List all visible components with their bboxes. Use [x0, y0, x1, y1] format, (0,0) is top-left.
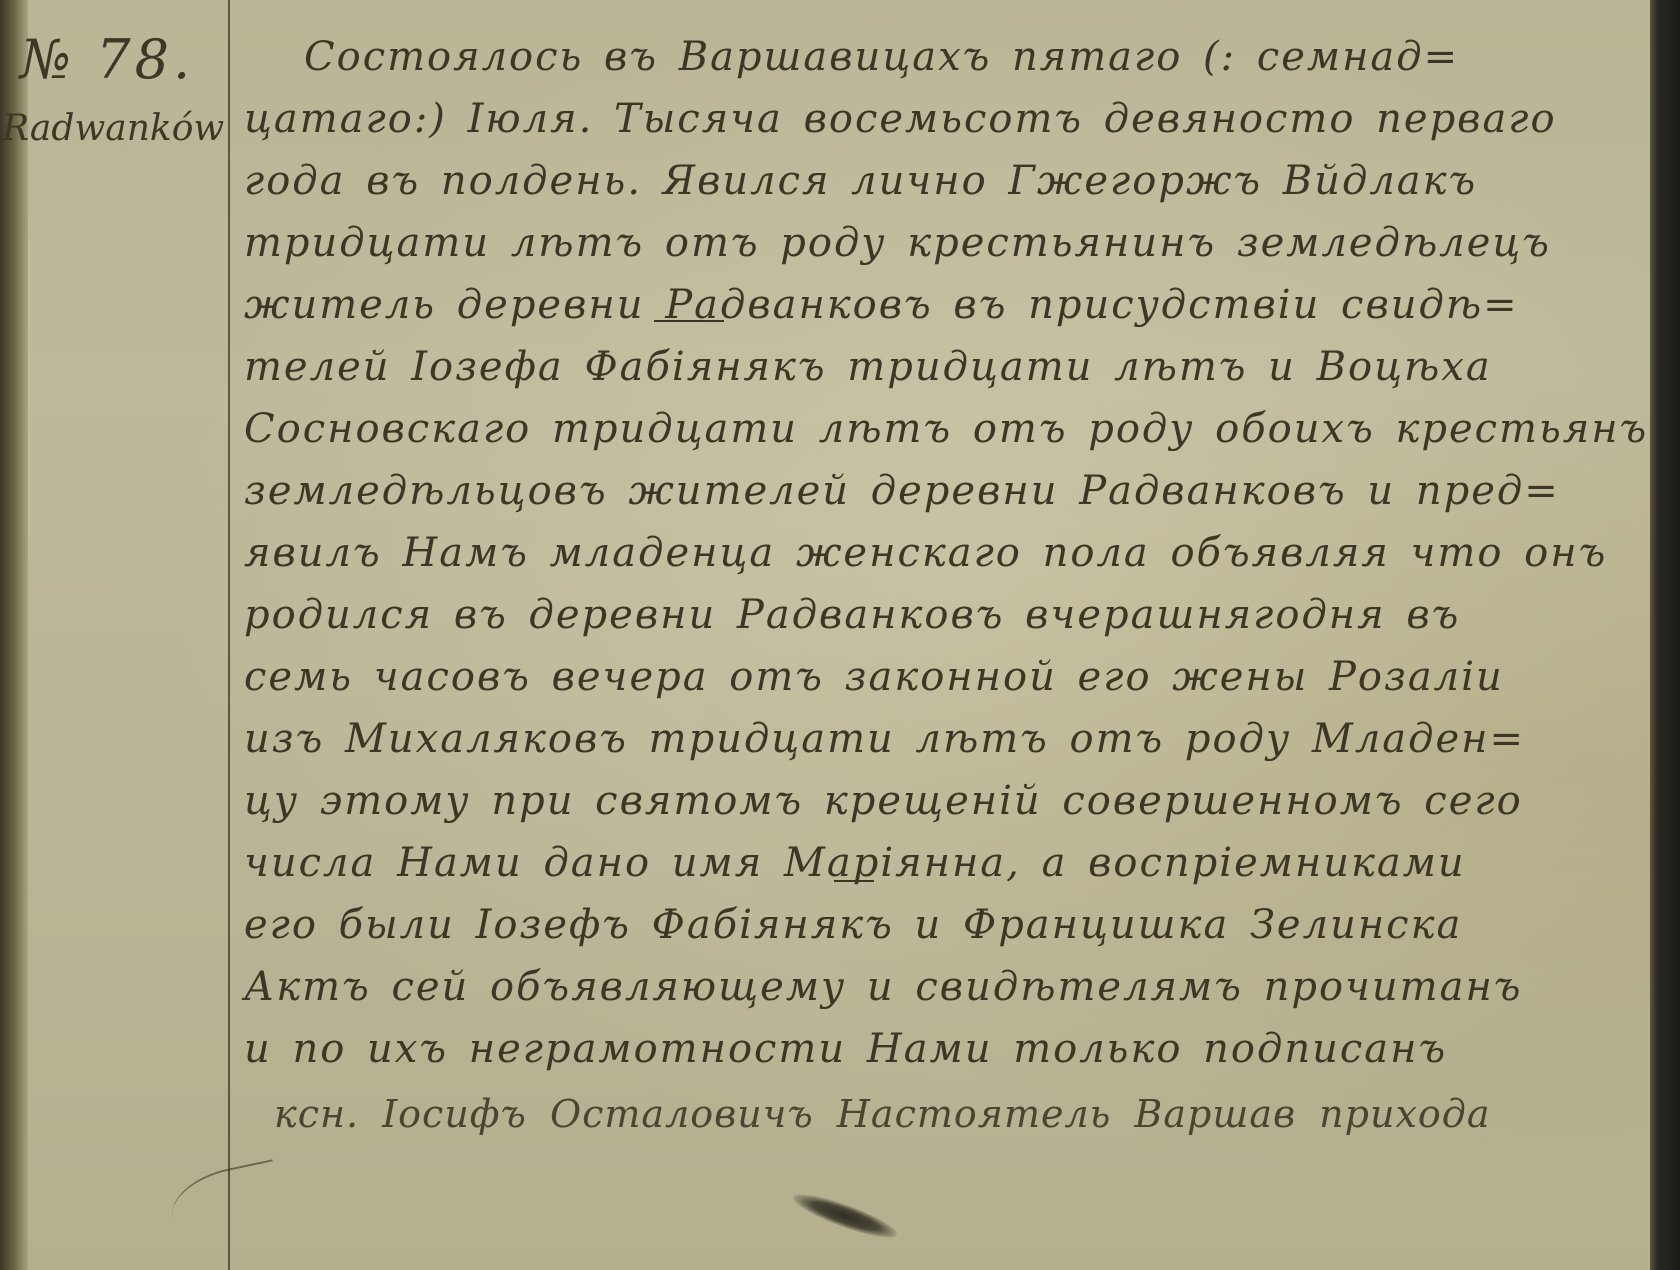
record-line: явилъ Намъ младенца женскаго пола объявл…	[244, 530, 1607, 576]
paper-page: № 78. Radwanków Состоялось въ Варшавицах…	[0, 0, 1650, 1270]
record-line: родился въ деревни Радванковъ вчерашняго…	[244, 592, 1460, 638]
record-line: Состоялось въ Варшавицахъ пятаго (: семн…	[304, 34, 1459, 80]
record-line: цу этому при святомъ крещеній совершенно…	[244, 778, 1523, 824]
record-line: земледѣльцовъ жителей деревни Радванковъ…	[244, 468, 1560, 514]
margin-rule-line	[228, 0, 230, 1270]
ink-blot	[790, 1187, 901, 1245]
ink-underline	[654, 320, 724, 322]
record-line: телей Іозефа Фабіянякъ тридцати лѣтъ и В…	[244, 344, 1492, 390]
entry-place: Radwanków	[2, 108, 224, 149]
ink-underline	[834, 880, 874, 882]
signature-flourish	[165, 1159, 285, 1243]
record-line: цатаго:) Іюля. Тысяча восемьсотъ девянос…	[244, 96, 1557, 142]
binding-shadow	[0, 0, 28, 1270]
record-line: Сосновскаго тридцати лѣтъ отъ роду обоих…	[244, 406, 1648, 452]
record-line: семь часовъ вечера отъ законной его жены…	[244, 654, 1504, 700]
record-line: и по ихъ неграмотности Нами только подпи…	[244, 1026, 1447, 1072]
scan-border-right	[1650, 0, 1680, 1270]
priest-signature: ксн. Іосифъ Осталовичъ Настоятель Варшав…	[274, 1092, 1491, 1136]
record-line: года въ полдень. Явился лично Гжегоржъ В…	[244, 158, 1477, 204]
record-line: тридцати лѣтъ отъ роду крестьянинъ земле…	[244, 220, 1551, 266]
record-line: житель деревни Радванковъ въ присудствіи…	[244, 282, 1519, 328]
scanned-document: № 78. Radwanków Состоялось въ Варшавицах…	[0, 0, 1680, 1270]
record-line: Актъ сей объявляющему и свидѣтелямъ проч…	[244, 964, 1522, 1010]
record-line: его были Іозефъ Фабіянякъ и Францишка Зе…	[244, 902, 1462, 948]
entry-number: № 78.	[20, 28, 194, 91]
record-line: изъ Михаляковъ тридцати лѣтъ отъ роду Мл…	[244, 716, 1525, 762]
